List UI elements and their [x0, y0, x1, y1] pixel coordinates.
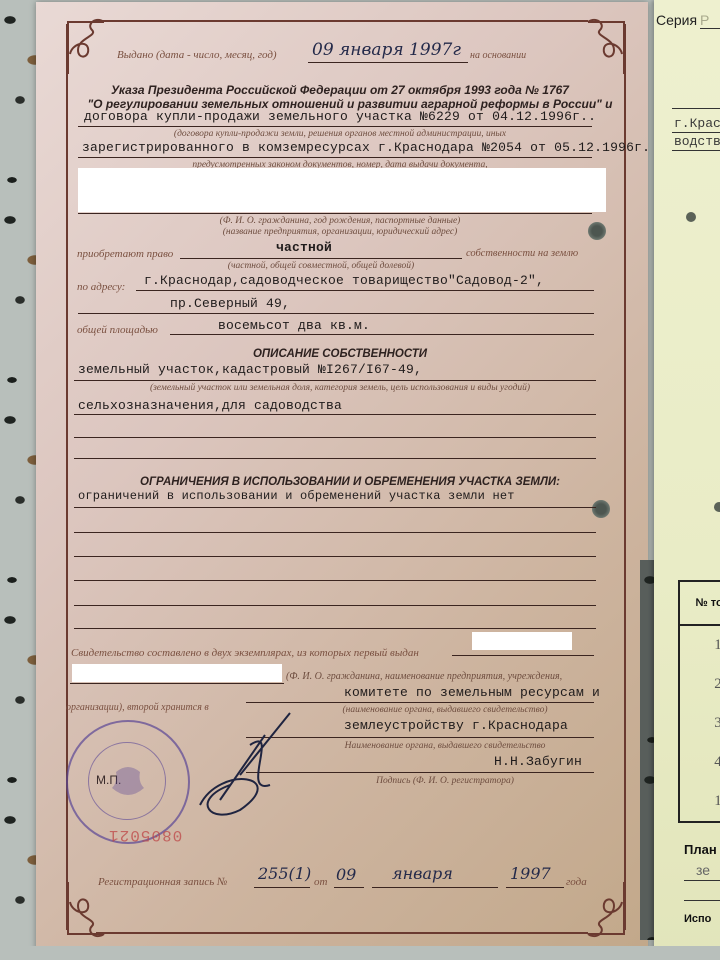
acquire-label: приобретают право — [77, 248, 173, 260]
keeper-caption: (наименование органа, выдавшего свидетел… — [300, 705, 590, 715]
address-line-1-rule — [136, 290, 594, 291]
side-document: Серия Р г.Крас водств № точек 1 2 3 4 1 … — [654, 0, 720, 955]
contract-caption: (договора купли-продажи земли, решения о… — [80, 129, 600, 139]
series-value: Р — [700, 12, 720, 29]
blank-rule — [74, 628, 596, 629]
registration-day-line — [334, 887, 364, 888]
address-line-2: пр.Северный 49, — [170, 296, 290, 311]
contract-field: договора купли-продажи земельного участк… — [84, 109, 596, 124]
restrictions-value: ограничений в использовании и обременени… — [78, 489, 515, 503]
description-line-1-rule — [74, 380, 596, 381]
registration-number: 255(1) — [258, 864, 311, 883]
recipient-redaction-1 — [472, 632, 572, 650]
address-line-1: г.Краснодар,садоводческое товарищество"С… — [144, 273, 544, 288]
decree-line-1: Указа Президента Российской Федерации от… — [80, 83, 600, 97]
description-caption: (земельный участок или земельная доля, к… — [80, 383, 600, 393]
plan-label: План — [684, 842, 717, 857]
table-cell: 4 — [679, 743, 720, 782]
frame-top-border — [96, 20, 588, 22]
registrar-name: Н.Н.Забугин — [494, 754, 582, 769]
issuer-caption: Наименование органа, выдавшего свидетель… — [300, 741, 590, 751]
description-line-2: сельхозназначения,для садоводства — [78, 398, 342, 413]
description-heading: ОПИСАНИЕ СОБСТВЕННОСТИ — [80, 348, 600, 360]
ornament-corner-icon — [582, 880, 634, 942]
ownership-caption: (частной, общей совместной, общей долево… — [180, 261, 462, 271]
keeper-line-1: комитете по земельным ресурсам и — [344, 685, 600, 700]
signature-scribble-icon — [180, 705, 310, 825]
table-cell: 2 — [679, 665, 720, 704]
issued-date-line — [308, 62, 468, 63]
ownership-suffix: собственности на землю — [466, 248, 578, 259]
ownership-line — [180, 258, 462, 259]
contract-line — [78, 126, 592, 127]
blank-rule — [74, 437, 596, 438]
owner-caption-2: (название предприятия, организации, юрид… — [80, 227, 600, 237]
table-cell: 3 — [679, 704, 720, 743]
registration-year-line — [506, 887, 564, 888]
area-line — [170, 334, 594, 335]
restrictions-rule — [74, 507, 596, 508]
area-value: восемьсот два кв.м. — [218, 318, 370, 333]
owner-redaction — [78, 168, 606, 212]
executor-label: Испо — [684, 913, 711, 925]
registration-month: января — [392, 864, 453, 883]
coordinates-table: № точек 1 2 3 4 1 — [678, 580, 720, 823]
recipient-redaction-2 — [72, 664, 282, 682]
frame-bottom-border — [96, 932, 588, 934]
plan-value: зе — [696, 862, 710, 878]
ornament-corner-icon — [58, 880, 110, 942]
description-line-1: земельный участок,кадастровый №I267/I67-… — [78, 362, 422, 377]
issued-date: 09 января 1997г — [312, 40, 461, 60]
punch-hole-icon — [592, 500, 610, 518]
side-rule — [672, 150, 720, 151]
countertop-bottom — [0, 946, 720, 960]
on-basis-label: на основании — [470, 50, 526, 61]
registration-label: Регистрационная запись № — [98, 876, 227, 888]
blank-rule — [74, 458, 596, 459]
eagle-emblem-icon — [68, 722, 188, 842]
year-suffix: года — [566, 876, 587, 888]
side-rule — [684, 900, 720, 901]
serial-number: 0805021 — [108, 826, 182, 844]
address-line-2-rule — [78, 313, 594, 314]
ornament-corner-icon — [582, 14, 634, 76]
series-label: Серия — [656, 12, 697, 28]
keeper-line-2: землеустройству г.Краснодара — [344, 718, 568, 733]
punch-hole-icon — [714, 502, 720, 512]
registered-field: зарегистрированного в комземресурсах г.К… — [82, 140, 650, 155]
copies-label: Свидетельство составлено в двух экземпля… — [71, 647, 419, 659]
blank-rule — [74, 532, 596, 533]
registered-line — [78, 157, 592, 158]
recipient-line-2 — [70, 683, 284, 684]
side-rule — [672, 132, 720, 133]
description-line-2-rule — [74, 414, 596, 415]
registration-month-line — [372, 887, 498, 888]
owner-caption-1: (Ф. И. О. гражданина, год рождения, пасп… — [80, 216, 600, 226]
side-typed-2: водств — [674, 134, 720, 149]
registration-day: 09 — [336, 865, 356, 884]
recipient-caption: (Ф. И. О. гражданина, наименование предп… — [286, 671, 562, 682]
ornament-corner-icon — [58, 14, 110, 76]
blank-rule — [74, 556, 596, 557]
points-header: № точек — [679, 581, 720, 625]
address-label: по адресу: — [77, 281, 125, 293]
side-typed-1: г.Крас — [674, 116, 720, 131]
side-rule — [672, 108, 720, 109]
registration-year: 1997 — [510, 864, 551, 883]
ownership-type: частной — [276, 240, 332, 255]
issued-label: Выдано (дата - число, месяц, год) — [117, 49, 277, 61]
from-label: от — [314, 876, 327, 888]
keeper-line-1-rule — [246, 702, 594, 703]
signature-caption: Подпись (Ф. И. О. регистратора) — [300, 776, 590, 786]
recipient-line — [452, 655, 594, 656]
blank-rule — [74, 605, 596, 606]
table-cell: 1 — [679, 782, 720, 822]
table-cell: 1 — [679, 625, 720, 665]
restrictions-heading: ОГРАНИЧЕНИЯ В ИСПОЛЬЗОВАНИИ И ОБРЕМЕНЕНИ… — [90, 476, 610, 488]
registration-number-line — [254, 887, 310, 888]
area-label: общей площадью — [77, 324, 158, 336]
side-rule — [684, 880, 720, 881]
blank-rule — [74, 580, 596, 581]
punch-hole-icon — [686, 212, 696, 222]
owner-line — [78, 213, 592, 214]
